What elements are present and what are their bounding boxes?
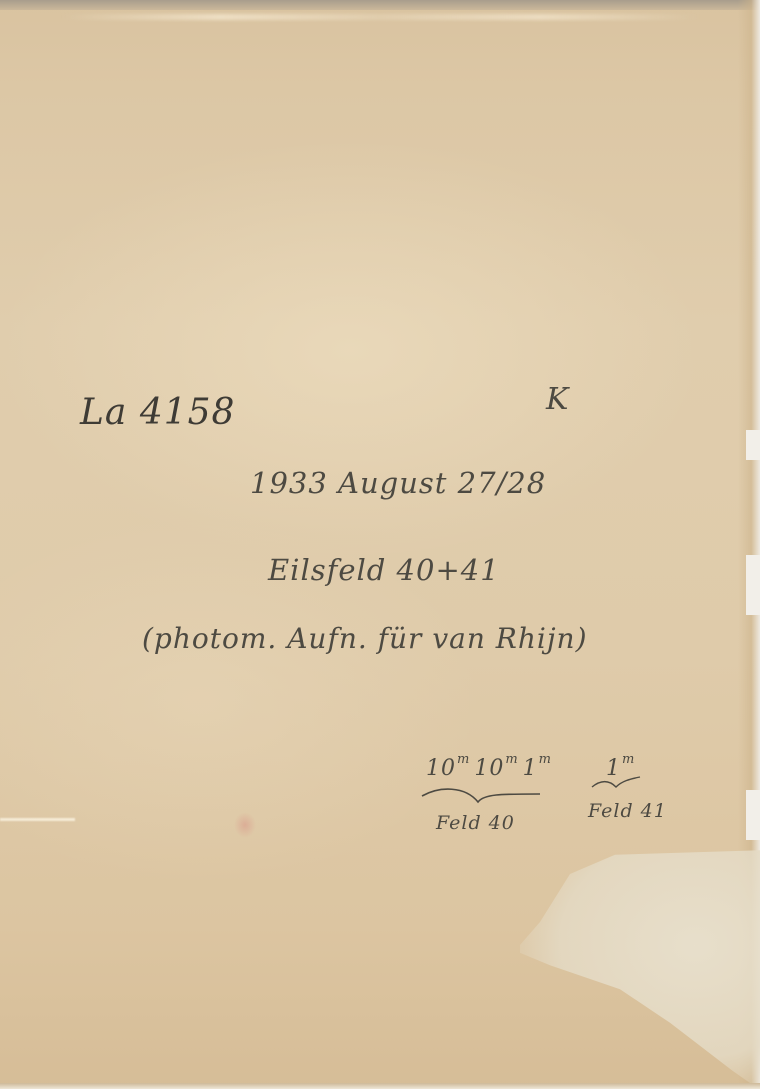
exposure-unit: m xyxy=(622,752,635,767)
exposure-value: 10 xyxy=(474,756,504,781)
edge-tear xyxy=(746,555,760,615)
pink-mark xyxy=(234,812,256,838)
exposures-field-40: 10m10m1m xyxy=(426,752,556,781)
bottom-edge xyxy=(0,1083,760,1089)
edge-tear xyxy=(746,430,760,460)
exposure-unit: m xyxy=(457,752,470,767)
left-crease xyxy=(0,818,75,821)
top-crease xyxy=(60,14,700,20)
exposure-unit: m xyxy=(539,752,552,767)
catalog-id: La 4158 xyxy=(80,392,235,433)
edge-tear xyxy=(746,790,760,840)
observation-date: 1933 August 27/28 xyxy=(250,466,546,500)
note: (photom. Aufn. für van Rhijn) xyxy=(142,622,588,655)
exposure-value: 1 xyxy=(523,756,538,781)
field-41-label: Feld 41 xyxy=(588,800,667,822)
brace-icon xyxy=(420,784,542,806)
exposure-value: 10 xyxy=(426,756,456,781)
brace-icon xyxy=(590,775,642,793)
field-designation: Eilsfeld 40+41 xyxy=(268,553,500,587)
top-edge xyxy=(0,0,760,10)
field-40-label: Feld 40 xyxy=(436,812,515,834)
mark-k: K xyxy=(546,382,569,417)
exposure-unit: m xyxy=(505,752,518,767)
